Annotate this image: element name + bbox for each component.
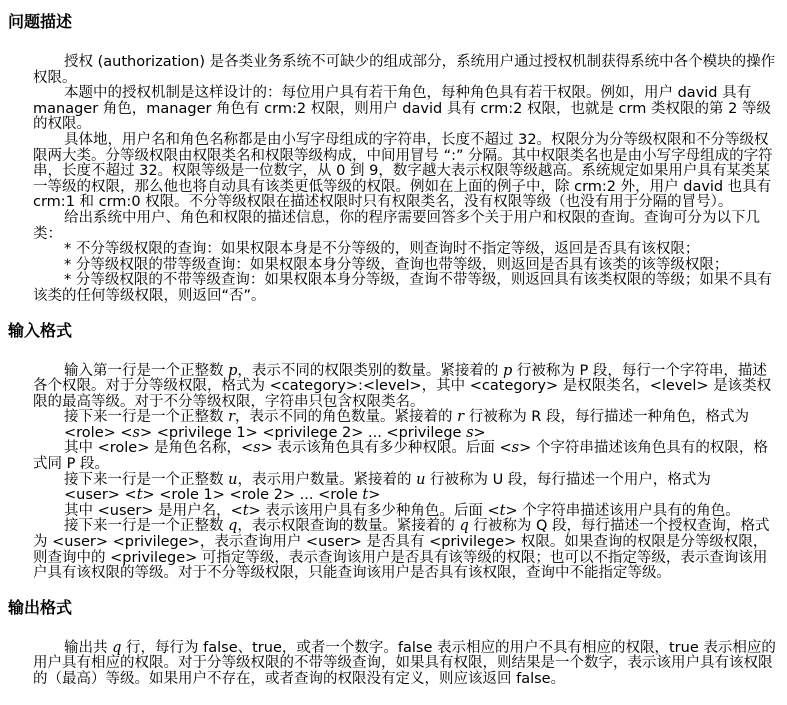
paragraph: 接下来一行是一个正整数 q，表示权限查询的数量。紧接着的 q 行被称为 Q 段，…	[33, 519, 781, 581]
text-run: * 不分等级权限的查询：如果权限本身是不分等级的，则查询时不指定等级，返回是否具…	[64, 241, 699, 257]
paragraph: 接下来一行是一个正整数 u，表示用户数量。紧接着的 u 行被称为 U 段，每行描…	[33, 473, 781, 489]
text-run: <role> <	[64, 425, 133, 441]
text-run: 接下来一行是一个正整数	[64, 472, 228, 488]
paragraph: * 分等级权限的带等级查询：如果权限本身分等级，查询也带等级，则返回是否具有该类…	[33, 258, 781, 274]
text-run: > 个字符串描述该用户具有的角色。	[505, 503, 739, 519]
text-run: 本题中的授权机制是这样设计的：每位用户具有若干角色，每种角色具有若干权限。例如，…	[33, 85, 771, 132]
text-run: > 表示该角色具有多少种权限。后面 <	[261, 440, 512, 456]
paragraph: 授权 (authorization) 是各类业务系统不可缺少的组成部分，系统用户…	[33, 55, 781, 86]
text-run: ，表示权限查询的数量。紧接着的	[237, 518, 459, 534]
variable-italic: q	[112, 640, 121, 656]
variable-italic: u	[416, 472, 425, 488]
text-run: > <role 1> <role 2> ... <role	[143, 487, 363, 503]
section-heading-input-format: 输入格式	[8, 322, 779, 339]
paragraph: * 分等级权限的不带等级查询：如果权限本身分等级，查询不带等级，则返回具有该类权…	[33, 273, 781, 304]
paragraph: 接下来一行是一个正整数 r，表示不同的角色数量。紧接着的 r 行被称为 R 段，…	[33, 410, 781, 426]
section-problem-description: 问题描述 授权 (authorization) 是各类业务系统不可缺少的组成部分…	[0, 13, 787, 305]
paragraph: 具体地，用户名和角色名称都是由小写字母组成的字符串，长度不超过 32。权限分为分…	[33, 133, 781, 211]
text-run: 接下来一行是一个正整数	[64, 409, 228, 425]
text-run: 给出系统中用户、角色和权限的描述信息，你的程序需要回答多个关于用户和权限的查询。…	[33, 210, 760, 242]
variable-italic: p	[503, 363, 512, 379]
variable-italic: q	[228, 518, 237, 534]
paragraph: 输入第一行是一个正整数 p，表示不同的权限类别的数量。紧接着的 p 行被称为 P…	[33, 364, 781, 411]
text-run: 行被称为 R 段，每行描述一种角色，格式为	[464, 409, 749, 425]
text-run: 接下来一行是一个正整数	[64, 518, 228, 534]
text-run: ，表示用户数量。紧接着的	[237, 472, 416, 488]
text-run: * 分等级权限的带等级查询：如果权限本身分等级，查询也带等级，则返回是否具有该类…	[64, 257, 728, 273]
text-run: 输出共	[64, 640, 112, 656]
text-run: ，表示不同的角色数量。紧接着的	[235, 409, 457, 425]
paragraph: 给出系统中用户、角色和权限的描述信息，你的程序需要回答多个关于用户和权限的查询。…	[33, 211, 781, 242]
text-run: > 表示该用户具有多少种角色。后面 <	[249, 503, 500, 519]
paragraph: 本题中的授权机制是这样设计的：每位用户具有若干角色，每种角色具有若干权限。例如，…	[33, 86, 781, 133]
section-heading-output-format: 输出格式	[8, 599, 779, 616]
text-run: 其中 <role> 是角色名称，<	[64, 440, 253, 456]
problem-statement: 问题描述 授权 (authorization) 是各类业务系统不可缺少的组成部分…	[0, 0, 787, 705]
section-body-output-format: 输出共 q 行，每行为 false、true，或者一个数字。false 表示相应…	[33, 641, 781, 688]
variable-italic: q	[460, 518, 469, 534]
text-run: <user> <	[64, 487, 137, 503]
text-run: 行，每行为 false、true，或者一个数字。false 表示相应的用户不具有…	[33, 640, 776, 687]
section-body-input-format: 输入第一行是一个正整数 p，表示不同的权限类别的数量。紧接着的 p 行被称为 P…	[33, 364, 781, 582]
paragraph: 输出共 q 行，每行为 false、true，或者一个数字。false 表示相应…	[33, 641, 781, 688]
variable-italic: s	[466, 425, 473, 441]
text-run: 其中 <user> 是用户名，<	[64, 503, 243, 519]
variable-italic: s	[512, 440, 519, 456]
paragraph: 其中 <role> 是角色名称，<s> 表示该角色具有多少种权限。后面 <s> …	[33, 441, 781, 472]
text-run: 具体地，用户名和角色名称都是由小写字母组成的字符串，长度不超过 32。权限分为分…	[33, 132, 773, 210]
section-body-problem-description: 授权 (authorization) 是各类业务系统不可缺少的组成部分，系统用户…	[33, 55, 781, 305]
text-run: >	[474, 425, 486, 441]
variable-italic: s	[133, 425, 140, 441]
section-input-format: 输入格式 输入第一行是一个正整数 p，表示不同的权限类别的数量。紧接着的 p 行…	[0, 322, 787, 582]
text-run: >	[368, 487, 380, 503]
section-heading-problem-description: 问题描述	[8, 13, 779, 30]
variable-italic: r	[228, 409, 235, 425]
paragraph: * 不分等级权限的查询：如果权限本身是不分等级的，则查询时不指定等级，返回是否具…	[33, 242, 781, 258]
variable-italic: s	[253, 440, 260, 456]
section-output-format: 输出格式 输出共 q 行，每行为 false、true，或者一个数字。false…	[0, 599, 787, 688]
text-run: ，表示不同的权限类别的数量。紧接着的	[237, 363, 503, 379]
text-run: 授权 (authorization) 是各类业务系统不可缺少的组成部分，系统用户…	[33, 54, 775, 86]
text-run: > <privilege 1> <privilege 2> ... <privi…	[140, 425, 466, 441]
text-run: 行被称为 U 段，每行描述一个用户，格式为	[425, 472, 710, 488]
text-run: 输入第一行是一个正整数	[64, 363, 228, 379]
text-run: * 分等级权限的不带等级查询：如果权限本身分等级，查询不带等级，则返回具有该类权…	[33, 272, 772, 304]
variable-italic: p	[228, 363, 237, 379]
paragraph: <user> <t> <role 1> <role 2> ... <role t…	[33, 488, 781, 504]
